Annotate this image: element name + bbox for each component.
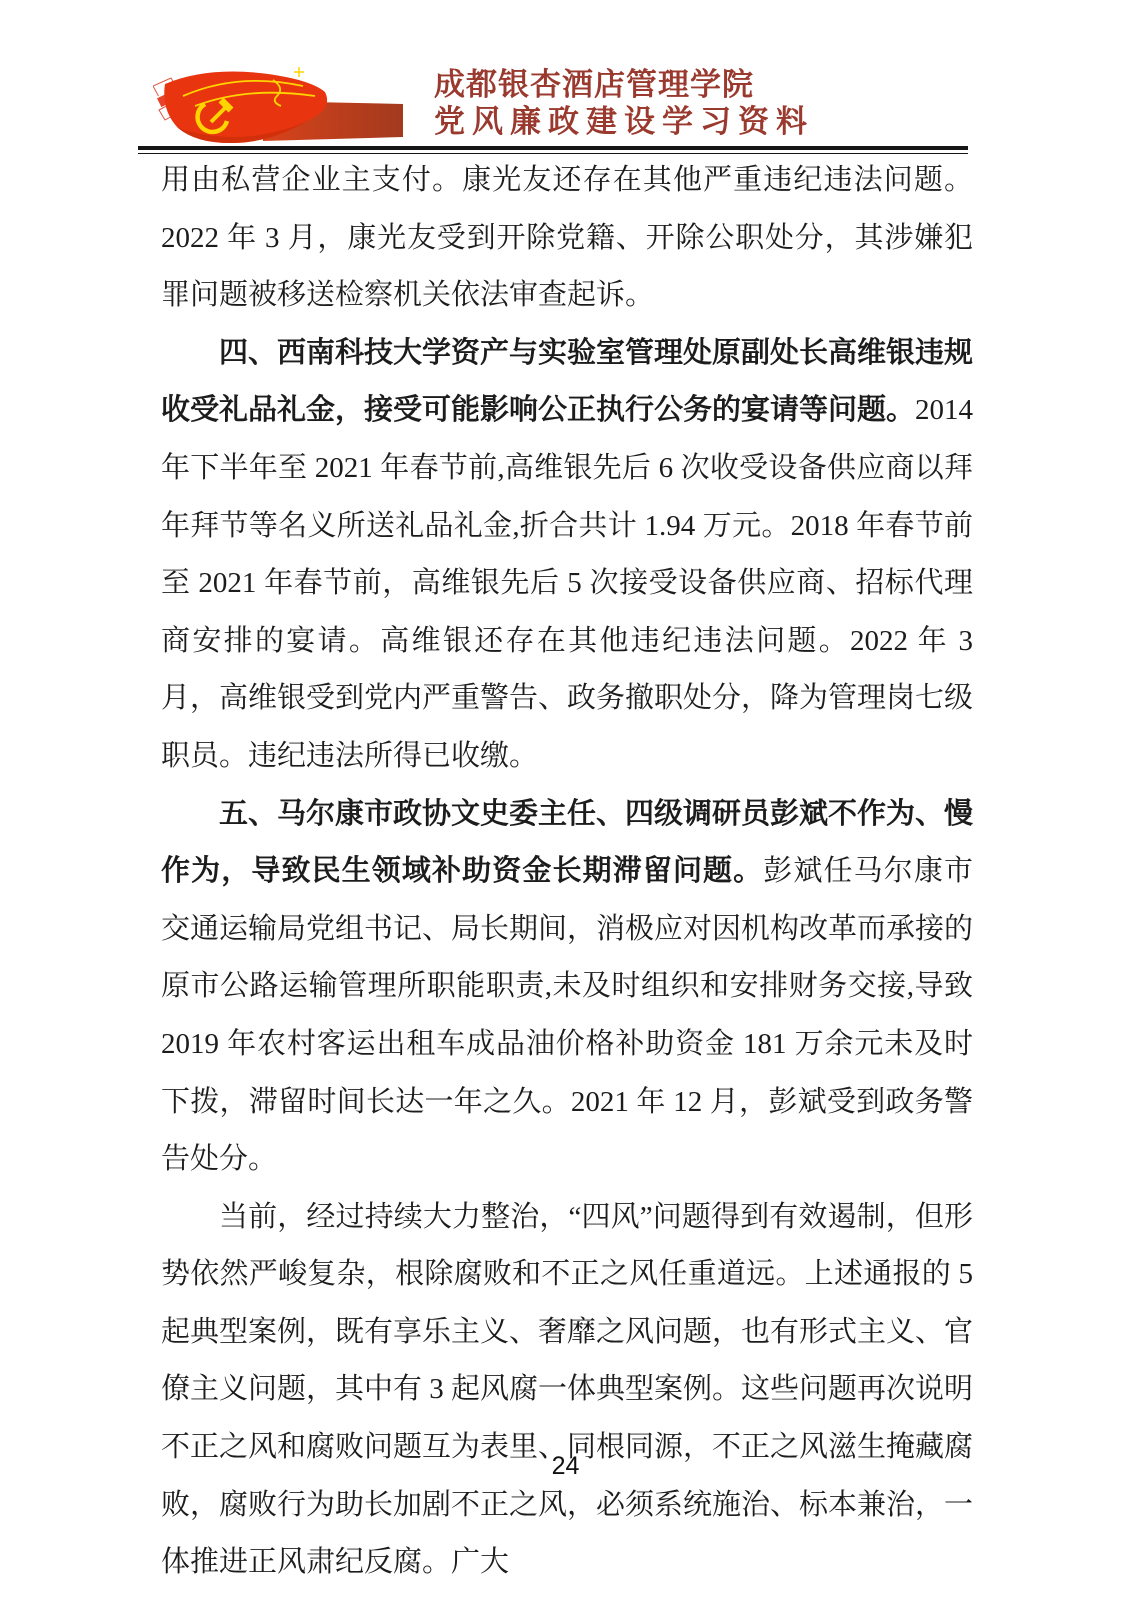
paragraph: 五、马尔康市政协文史委主任、四级调研员彭斌不作为、慢作为，导致民生领域补助资金长… <box>161 786 973 1189</box>
party-flag-logo <box>153 64 403 148</box>
document-body: 用由私营企业主支付。康光友还存在其他严重违纪违法问题。2022 年 3 月，康光… <box>161 152 973 1592</box>
case-heading-text: 四、西南科技大学资产与实验室管理处原副处长高维银违规收受礼品礼金，接受可能影响公… <box>161 337 973 427</box>
paragraph: 当前，经过持续大力整治，“四风”问题得到有效遏制，但形势依然严峻复杂，根除腐败和… <box>161 1189 973 1592</box>
body-text: 当前，经过持续大力整治，“四风”问题得到有效遏制，但形势依然严峻复杂，根除腐败和… <box>161 1201 973 1579</box>
paragraph: 用由私营企业主支付。康光友还存在其他严重违纪违法问题。2022 年 3 月，康光… <box>161 152 973 325</box>
page-number: 24 <box>0 1452 1131 1481</box>
paragraph: 四、西南科技大学资产与实验室管理处原副处长高维银违规收受礼品礼金，接受可能影响公… <box>161 325 973 786</box>
body-text: 2014 年下半年至 2021 年春节前,高维银先后 6 次收受设备供应商以拜年… <box>161 394 973 772</box>
document-page: 成都银杏酒店管理学院 党风廉政建设学习资料 用由私营企业主支付。康光友还存在其他… <box>0 0 1131 1600</box>
sparkle-icon <box>294 67 304 77</box>
org-name: 成都银杏酒店管理学院 <box>434 66 814 103</box>
header-title-block: 成都银杏酒店管理学院 党风廉政建设学习资料 <box>434 66 814 140</box>
doc-title: 党风廉政建设学习资料 <box>434 103 814 140</box>
body-text: 用由私营企业主支付。康光友还存在其他严重违纪违法问题。2022 年 3 月，康光… <box>161 164 973 311</box>
body-text: 彭斌任马尔康市交通运输局党组书记、局长期间，消极应对因机构改革而承接的原市公路运… <box>161 855 973 1175</box>
